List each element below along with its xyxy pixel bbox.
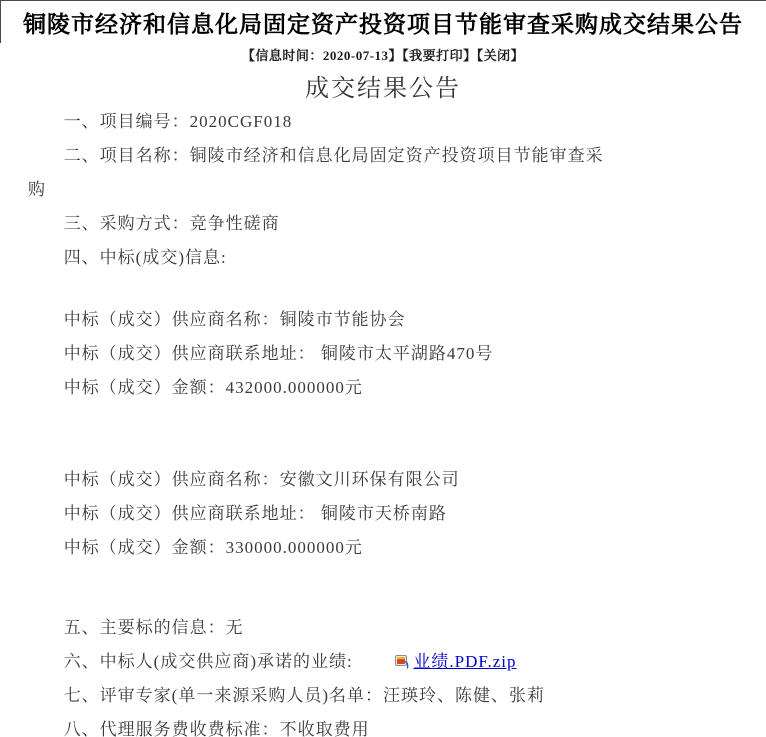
announcement-body: 一、项目编号：2020CGF018 二、项目名称：铜陵市经济和信息化局固定资产投…	[0, 105, 766, 737]
winner2-address-line: 中标（成交）供应商联系地址： 铜陵市天桥南路	[28, 503, 736, 525]
main-subject-line: 五、主要标的信息：无	[28, 617, 736, 639]
file-attachment-icon	[360, 655, 411, 669]
project-name-wrap-line: 购	[28, 179, 736, 201]
info-time-label: 【信息时间：2020-07-13】	[242, 48, 402, 63]
winner1-name-line: 中标（成交）供应商名称：铜陵市节能协会	[28, 309, 736, 331]
winner2-name-line: 中标（成交）供应商名称：安徽文川环保有限公司	[28, 469, 736, 491]
announcement-page: 铜陵市经济和信息化局固定资产投资项目节能审查采购成交结果公告 【信息时间：202…	[0, 0, 766, 737]
attachment-link-text: 业绩.PDF.zip	[413, 652, 516, 671]
result-subtitle: 成交结果公告	[0, 74, 766, 105]
winner1-address-line: 中标（成交）供应商联系地址： 铜陵市太平湖路470号	[28, 343, 736, 365]
project-number-line: 一、项目编号：2020CGF018	[28, 111, 736, 133]
winner1-amount-line: 中标（成交）金额：432000.000000元	[28, 377, 736, 399]
experts-line: 七、评审专家(单一来源采购人员)名单：汪瑛玲、陈健、张莉	[28, 685, 736, 707]
print-button[interactable]: 【我要打印】	[402, 48, 477, 63]
close-button[interactable]: 【关闭】	[477, 48, 525, 63]
attachment-link[interactable]: 业绩.PDF.zip	[353, 652, 517, 671]
project-name-line: 二、项目名称：铜陵市经济和信息化局固定资产投资项目节能审查采	[28, 145, 736, 167]
agency-fee-line: 八、代理服务费收费标准：不收取费用	[28, 719, 736, 737]
performance-line: 六、中标人(成交供应商)承诺的业绩:业绩.PDF.zip	[28, 651, 736, 673]
page-title: 铜陵市经济和信息化局固定资产投资项目节能审查采购成交结果公告	[18, 10, 748, 40]
winner2-amount-line: 中标（成交）金额：330000.000000元	[28, 537, 736, 559]
award-info-heading: 四、中标(成交)信息:	[28, 247, 736, 269]
performance-label: 六、中标人(成交供应商)承诺的业绩:	[64, 652, 353, 671]
procurement-method-line: 三、采购方式：竞争性磋商	[28, 213, 736, 235]
info-bar: 【信息时间：2020-07-13】【我要打印】【关闭】	[0, 47, 766, 64]
